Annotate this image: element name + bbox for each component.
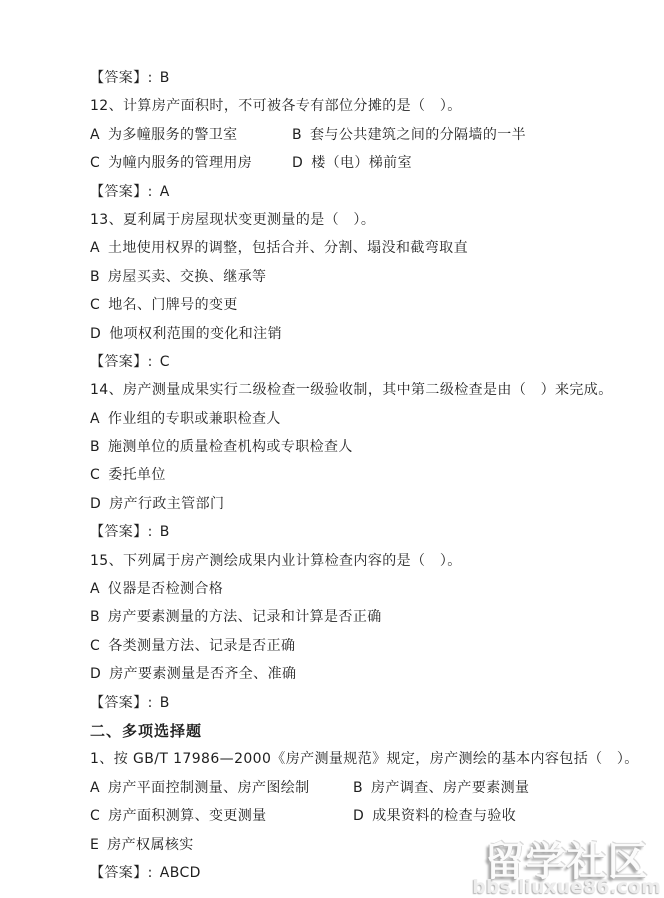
option-letter: C [90,467,100,483]
answer-line-q11: 【答案】:B [90,64,638,92]
question-m1-options-row-2: C房产面积测算、变更测量 D成果资料的检查与验收 [90,802,638,830]
option-text: 房产调查、房产要素测量 [371,774,529,802]
answer-value: B [160,70,170,86]
option-15-b: B房产要素测量的方法、记录和计算是否正确 [90,603,638,631]
option-text: 房屋买卖、交换、继承等 [108,269,266,285]
option-m1-a: A房产平面控制测量、房产图绘制 [90,774,353,802]
option-13-c: C地名、门牌号的变更 [90,291,638,319]
option-text: 房产要素测量的方法、记录和计算是否正确 [108,609,382,625]
question-m1-text: 1、按 GB/T 17986—2000《房产测量规范》规定，房产测绘的基本内容包… [90,745,638,773]
answer-value: B [160,695,170,711]
section-heading-multi-choice: 二、多项选择题 [90,717,638,745]
option-13-b: B房屋买卖、交换、继承等 [90,263,638,291]
option-letter: D [353,802,364,830]
option-text: 作业组的专职或兼职检查人 [108,411,281,427]
option-12-b: B套与公共建筑之间的分隔墙的一半 [292,121,526,149]
option-text: 仪器是否检测合格 [108,581,223,597]
option-text: 房产平面控制测量、房产图绘制 [108,774,310,802]
answer-label: 【答案】: [90,354,153,370]
option-text: 各类测量方法、记录是否正确 [108,638,295,654]
question-12-text: 12、计算房产面积时，不可被各专有部位分摊的是（ ）。 [90,92,638,120]
option-text: 套与公共建筑之间的分隔墙的一半 [310,121,526,149]
question-15-text: 15、下列属于房产测绘成果内业计算检查内容的是（ ）。 [90,547,638,575]
option-letter: C [90,638,100,654]
question-12-options-row-2: C为幢内服务的管理用房 D楼（电）梯前室 [90,149,638,177]
question-13-text: 13、夏利属于房屋现状变更测量的是（ ）。 [90,206,638,234]
answer-line-q15: 【答案】:B [90,689,638,717]
answer-value: ABCD [160,865,201,881]
option-text: 房产面积测算、变更测量 [108,802,266,830]
question-14-text: 14、房产测量成果实行二级检查一级验收制，其中第二级检查是由（ ）来完成。 [90,376,638,404]
question-m1-options-row-1: A房产平面控制测量、房产图绘制 B房产调查、房产要素测量 [90,774,638,802]
option-letter: B [90,609,100,625]
option-15-c: C各类测量方法、记录是否正确 [90,632,638,660]
option-text: 房产权属核实 [107,837,193,853]
option-text: 楼（电）梯前室 [311,149,412,177]
answer-value: C [160,354,170,370]
option-12-c: C为幢内服务的管理用房 [90,149,292,177]
option-text: 地名、门牌号的变更 [108,297,238,313]
option-14-c: C委托单位 [90,461,638,489]
answer-value: A [160,184,170,200]
option-letter: A [90,581,100,597]
option-text: 土地使用权界的调整，包括合并、分割、塌没和截弯取直 [108,240,468,256]
option-letter: C [90,149,100,177]
option-14-a: A作业组的专职或兼职检查人 [90,405,638,433]
option-text: 为多幢服务的警卫室 [108,121,238,149]
option-letter: B [292,121,302,149]
option-14-d: D房产行政主管部门 [90,490,638,518]
option-letter: B [90,439,100,455]
option-letter: D [90,496,101,512]
option-text: 成果资料的检查与验收 [372,802,516,830]
option-15-a: A仪器是否检测合格 [90,575,638,603]
question-12-options-row-1: A为多幢服务的警卫室 B套与公共建筑之间的分隔墙的一半 [90,121,638,149]
option-letter: A [90,240,100,256]
option-text: 房产要素测量是否齐全、准确 [109,666,296,682]
answer-line-q14: 【答案】:B [90,518,638,546]
answer-label: 【答案】: [90,184,153,200]
answer-label: 【答案】: [90,695,153,711]
option-m1-c: C房产面积测算、变更测量 [90,802,353,830]
option-m1-e: E房产权属核实 [90,831,638,859]
option-12-d: D楼（电）梯前室 [292,149,412,177]
option-letter: B [353,774,363,802]
answer-label: 【答案】: [90,524,153,540]
option-text: 他项权利范围的变化和注销 [109,326,282,342]
option-m1-b: B房产调查、房产要素测量 [353,774,529,802]
answer-value: B [160,524,170,540]
option-letter: A [90,121,100,149]
answer-line-q13: 【答案】:C [90,348,638,376]
option-13-a: A土地使用权界的调整，包括合并、分割、塌没和截弯取直 [90,234,638,262]
option-letter: C [90,297,100,313]
option-letter: D [292,149,303,177]
option-letter: A [90,774,100,802]
option-letter: D [90,326,101,342]
option-text: 施测单位的质量检查机构或专职检查人 [108,439,353,455]
option-letter: E [90,837,99,853]
answer-label: 【答案】: [90,865,153,881]
option-letter: B [90,269,100,285]
option-text: 委托单位 [108,467,166,483]
document-page: 【答案】:B 12、计算房产面积时，不可被各专有部位分摊的是（ ）。 A为多幢服… [0,0,664,898]
option-15-d: D房产要素测量是否齐全、准确 [90,660,638,688]
answer-label: 【答案】: [90,70,153,86]
option-m1-d: D成果资料的检查与验收 [353,802,516,830]
option-14-b: B施测单位的质量检查机构或专职检查人 [90,433,638,461]
option-letter: A [90,411,100,427]
option-text: 为幢内服务的管理用房 [108,149,252,177]
option-letter: D [90,666,101,682]
answer-line-q12: 【答案】:A [90,178,638,206]
exam-content: 【答案】:B 12、计算房产面积时，不可被各专有部位分摊的是（ ）。 A为多幢服… [90,64,638,887]
answer-line-m1: 【答案】:ABCD [90,859,638,887]
option-12-a: A为多幢服务的警卫室 [90,121,292,149]
option-letter: C [90,802,100,830]
option-13-d: D他项权利范围的变化和注销 [90,320,638,348]
option-text: 房产行政主管部门 [109,496,224,512]
